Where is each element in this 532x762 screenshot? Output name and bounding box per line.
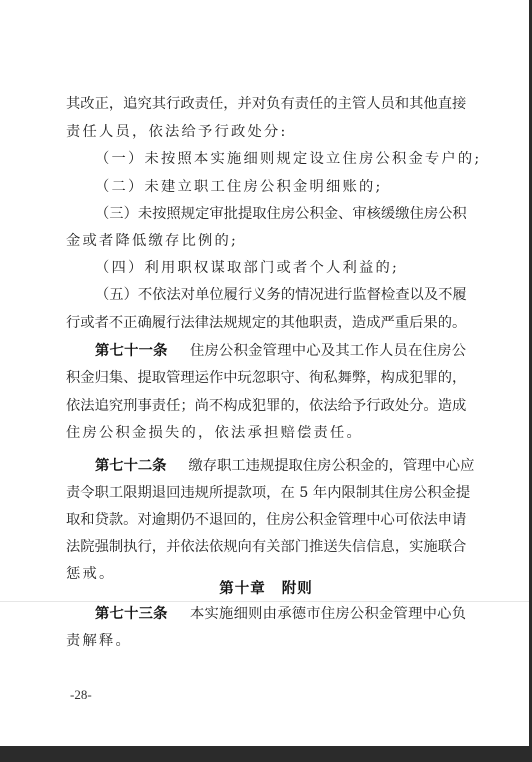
article-71-label: 第七十一条 xyxy=(95,343,168,359)
list-item-3: （三）未按照规定审批提取住房公积金、审核缓缴住房公积 xyxy=(95,204,466,224)
article-73-label: 第七十三条 xyxy=(95,606,168,622)
list-item-4: （四）利用职权谋取部门或者个人利益的; xyxy=(95,258,466,278)
list-item-2: （二）未建立职工住房公积金明细账的; xyxy=(95,177,466,197)
list-item-5: （五）不依法对单位履行义务的情况进行监督检查以及不履 xyxy=(95,285,466,305)
chapter-title: 附则 xyxy=(282,581,313,597)
article-72-line: 责令职工限期退回违规所提款项，在 5 年内限制其住房公积金提 xyxy=(66,483,466,503)
document-page: 其改正，追究其行政责任，并对负有责任的主管人员和其他直接 责任人员，依法给予行政… xyxy=(0,0,530,746)
list-item-3-cont: 金或者降低缴存比例的; xyxy=(66,231,466,251)
article-71-line: 住房公积金损失的，依法承担赔偿责任。 xyxy=(66,423,466,443)
list-item-1: （一）未按照本实施细则规定设立住房公积金专户的; xyxy=(95,149,466,169)
article-71-first-line: 第七十一条住房公积金管理中心及其工作人员在住房公 xyxy=(95,341,466,361)
list-item-5-cont: 行或者不正确履行法律法规规定的其他职责，造成严重后果的。 xyxy=(66,313,466,333)
article-73-line: 责解释。 xyxy=(66,631,466,651)
article-72-line: 法院强制执行，并依法依规向有关部门推送失信信息，实施联合 xyxy=(66,537,466,557)
article-71-line: 依法追究刑事责任；尚不构成犯罪的，依法给予行政处分。造成 xyxy=(66,396,466,416)
chapter-heading: 第十章附则 xyxy=(0,577,532,598)
article-71-line: 积金归集、提取管理运作中玩忽职守、徇私舞弊，构成犯罪的， xyxy=(66,368,466,388)
article-72-text: 缴存职工违规提取住房公积金的，管理中心应 xyxy=(188,458,474,474)
article-72-label: 第七十二条 xyxy=(95,458,166,474)
text-line: 责任人员，依法给予行政处分: xyxy=(66,122,466,142)
article-73-first-line: 第七十三条本实施细则由承德市住房公积金管理中心负 xyxy=(95,604,466,624)
page-number: -28- xyxy=(70,687,92,703)
viewer-bottom-band xyxy=(0,746,532,762)
page-separator xyxy=(0,601,529,602)
chapter-number: 第十章 xyxy=(219,581,266,597)
article-72-line: 取和贷款。对逾期仍不退回的，住房公积金管理中心可依法申请 xyxy=(66,510,466,530)
article-71-text: 住房公积金管理中心及其工作人员在住房公 xyxy=(190,343,466,359)
text-line: 其改正，追究其行政责任，并对负有责任的主管人员和其他直接 xyxy=(66,94,466,114)
article-72-first-line: 第七十二条缴存职工违规提取住房公积金的，管理中心应 xyxy=(95,456,466,476)
article-73-text: 本实施细则由承德市住房公积金管理中心负 xyxy=(190,606,466,622)
